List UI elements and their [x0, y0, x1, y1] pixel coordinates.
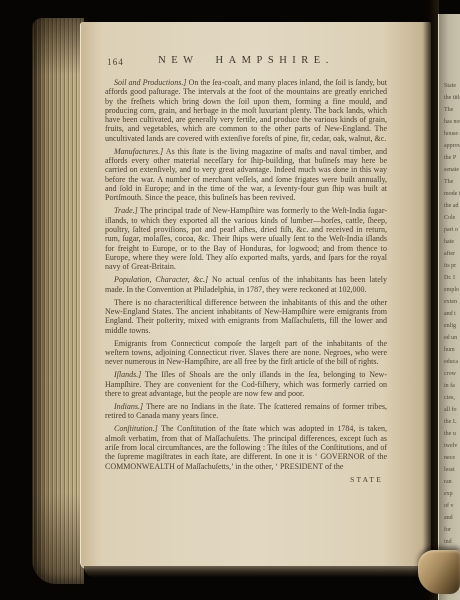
gutter-shadow	[423, 0, 439, 600]
paragraph-text: There are no Indians in the ſtate. The ſ…	[105, 402, 387, 420]
fragment-line: The	[444, 176, 460, 188]
paragraph-text: There is no characteriſtical difference …	[105, 298, 387, 335]
paragraph-label: Soil and Productions.]	[114, 78, 187, 87]
catchword: STATE	[105, 475, 387, 484]
paragraph-indians: Indians.] There are no Indians in the ſt…	[105, 402, 387, 421]
fragment-line: in fa	[444, 380, 460, 392]
page-edge-stack	[32, 18, 84, 584]
fragment-line: hate	[444, 236, 460, 248]
fragment-line: The	[444, 104, 460, 116]
fragment-line: emplo	[444, 284, 460, 296]
fragment-line: house o	[444, 128, 460, 140]
page-header-row: 164 NEW HAMPSHIRE.	[105, 55, 387, 69]
facing-page-text-fragments: Statethe titleThehas nothouse oapprovthe…	[444, 80, 460, 548]
fragment-line: Dr. I	[444, 272, 460, 284]
fragment-line: senate	[444, 164, 460, 176]
paragraph-label: Conſtitution.]	[114, 424, 158, 433]
fragment-line: ind	[444, 536, 460, 548]
fragment-line: crow	[444, 368, 460, 380]
fragment-line: twelv	[444, 440, 460, 452]
book-page-164: 164 NEW HAMPSHIRE. Soil and Productions.…	[80, 22, 431, 569]
paragraph-population: Population, Character, &c.] No actual ce…	[105, 275, 387, 294]
paragraph-emigrants: Emigrants from Connecticut compoſe the l…	[105, 339, 387, 367]
paragraph-text: The Iſles of Shoals are the only iſlands…	[105, 370, 387, 398]
book-photo: 164 NEW HAMPSHIRE. Soil and Productions.…	[0, 0, 460, 600]
fragment-line: ed un	[444, 332, 460, 344]
fragment-line: after	[444, 248, 460, 260]
fragment-line: lessi	[444, 464, 460, 476]
paragraph-text: As this ſtate is the living magazine of …	[105, 147, 387, 202]
running-header: NEW HAMPSHIRE.	[105, 55, 387, 66]
fragment-line: mode t	[444, 188, 460, 200]
paragraph-constitution: Conſtitution.] The Conſtitution of the ſ…	[105, 424, 387, 470]
page-text-column: Soil and Productions.] On the ſea-coaſt,…	[105, 78, 387, 484]
paragraph-text: The principal trade of New-Hampſhire was…	[105, 206, 387, 271]
fragment-line: of v	[444, 500, 460, 512]
page-bottom-edge	[84, 566, 460, 577]
paragraph-label: Population, Character, &c.]	[114, 275, 208, 284]
facing-page-strip: Statethe titleThehas nothouse oapprovthe…	[438, 14, 460, 600]
paragraph-population-cont: There is no characteriſtical difference …	[105, 298, 387, 335]
paragraph-soil-productions: Soil and Productions.] On the ſea-coaſt,…	[105, 78, 387, 143]
fragment-line: and	[444, 512, 460, 524]
fragment-line: ran	[444, 476, 460, 488]
fragment-line: enlig	[444, 320, 460, 332]
fragment-line: part o	[444, 224, 460, 236]
fragment-line: the title	[444, 92, 460, 104]
paragraph-text: Emigrants from Connecticut compoſe the l…	[105, 339, 387, 367]
fragment-line: all fo	[444, 404, 460, 416]
page-number: 164	[107, 57, 124, 67]
fragment-line: the ad	[444, 200, 460, 212]
fragment-line: hum	[444, 344, 460, 356]
page-corner-curl	[418, 550, 460, 594]
fragment-line: exten	[444, 296, 460, 308]
fragment-line: the u	[444, 428, 460, 440]
paragraph-label: Manufactures.]	[114, 147, 163, 156]
fragment-line: approv	[444, 140, 460, 152]
fragment-line: and t	[444, 308, 460, 320]
fragment-line: educa	[444, 356, 460, 368]
paragraph-islands: Iſlands.] The Iſles of Shoals are the on…	[105, 370, 387, 398]
paragraph-manufactures: Manufactures.] As this ſtate is the livi…	[105, 147, 387, 203]
paragraph-text: On the ſea-coaſt, and many places inland…	[105, 78, 387, 143]
fragment-line: exp	[444, 488, 460, 500]
paragraph-trade: Trade.] The principal trade of New-Hampſ…	[105, 206, 387, 271]
paragraph-label: Indians.]	[114, 402, 143, 411]
fragment-line: the P	[444, 152, 460, 164]
fragment-line: nece	[444, 452, 460, 464]
fragment-line: its pr	[444, 260, 460, 272]
fragment-line: for	[444, 524, 460, 536]
paragraph-label: Trade.]	[114, 206, 138, 215]
fragment-line: State	[444, 80, 460, 92]
fragment-line: has not	[444, 116, 460, 128]
fragment-line: cies,	[444, 392, 460, 404]
paragraph-label: Iſlands.]	[114, 370, 141, 379]
fragment-line: the L	[444, 416, 460, 428]
fragment-line: Cole	[444, 212, 460, 224]
